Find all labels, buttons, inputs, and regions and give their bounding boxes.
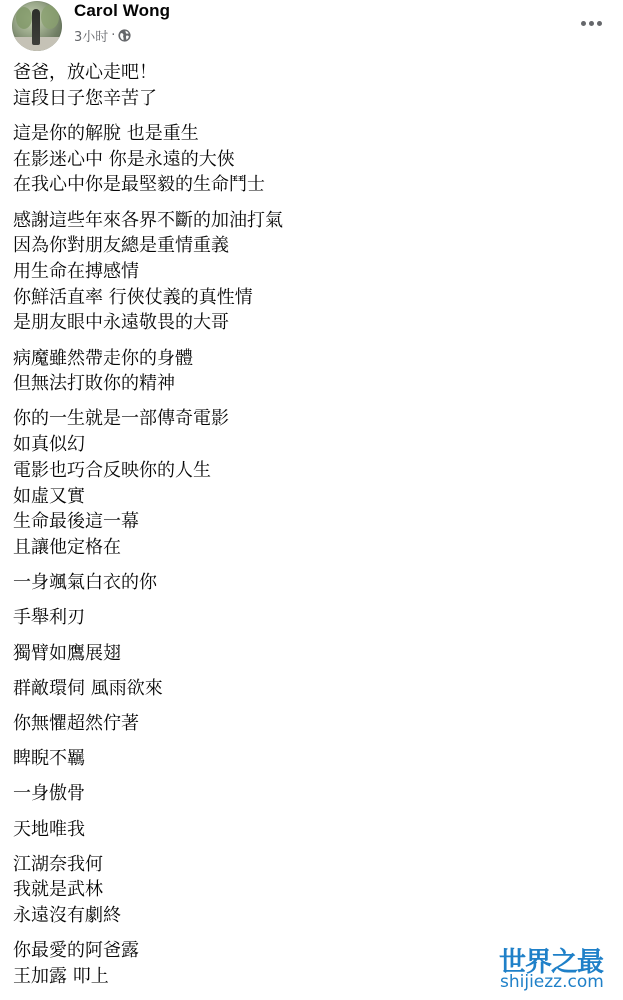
post-paragraph: 一身傲骨 [13, 781, 573, 807]
post-paragraph: 你最愛的阿爸露王加露 叩上 [13, 938, 573, 989]
post-text-line: 你鮮活直率 行俠仗義的真性情 [13, 285, 573, 311]
meta-separator: · [111, 28, 115, 43]
post-text-line: 手舉利刃 [13, 605, 573, 631]
post-text-line: 我就是武林 [13, 877, 573, 903]
post-text-line: 在影迷心中 你是永遠的大俠 [13, 147, 573, 173]
post-paragraph: 爸爸，放心走吧！這段日子您辛苦了 [13, 60, 573, 111]
post-paragraph: 天地唯我 [13, 817, 573, 843]
post-text-line: 一身傲骨 [13, 781, 573, 807]
more-horizontal-icon [597, 21, 602, 26]
post-text-line: 感謝這些年來各界不斷的加油打氣 [13, 208, 573, 234]
post-text-line: 因為你對朋友總是重情重義 [13, 233, 573, 259]
author-avatar[interactable] [12, 1, 62, 51]
post-text-line: 這是你的解脫 也是重生 [13, 121, 573, 147]
post-text-line: 但無法打敗你的精神 [13, 371, 573, 397]
post-text-line: 爸爸，放心走吧！ [13, 60, 573, 86]
post-text-line: 群敵環伺 風雨欲來 [13, 676, 573, 702]
post-text-line: 如真似幻 [13, 432, 573, 458]
post-paragraph: 群敵環伺 風雨欲來 [13, 676, 573, 702]
post-text-line: 永遠沒有劇終 [13, 903, 573, 929]
post-paragraph: 江湖奈我何我就是武林永遠沒有劇終 [13, 852, 573, 929]
post-meta: 3小时 · [74, 26, 131, 45]
watermark: 世界之最 shijiezz.com [493, 938, 621, 996]
post-text: 爸爸，放心走吧！這段日子您辛苦了這是你的解脫 也是重生在影迷心中 你是永遠的大俠… [13, 60, 573, 999]
post-text-line: 你最愛的阿爸露 [13, 938, 573, 964]
post-text-line: 用生命在搏感情 [13, 259, 573, 285]
post-text-line: 如虛又實 [13, 484, 573, 510]
post-paragraph: 感謝這些年來各界不斷的加油打氣因為你對朋友總是重情重義用生命在搏感情你鮮活直率 … [13, 208, 573, 337]
post-text-line: 江湖奈我何 [13, 852, 573, 878]
post-text-line: 電影也巧合反映你的人生 [13, 458, 573, 484]
post-text-line: 天地唯我 [13, 817, 573, 843]
post-paragraph: 你的一生就是一部傳奇電影如真似幻電影也巧合反映你的人生如虛又實生命最後這一幕且讓… [13, 406, 573, 560]
post-text-line: 是朋友眼中永遠敬畏的大哥 [13, 310, 573, 336]
post-paragraph: 這是你的解脫 也是重生在影迷心中 你是永遠的大俠在我心中你是最堅毅的生命鬥士 [13, 121, 573, 198]
post-paragraph: 病魔雖然帶走你的身體但無法打敗你的精神 [13, 346, 573, 397]
post-paragraph: 睥睨不羈 [13, 746, 573, 772]
more-horizontal-icon [581, 21, 586, 26]
post-text-line: 在我心中你是最堅毅的生命鬥士 [13, 172, 573, 198]
avatar-photo-detail [32, 9, 40, 45]
post-text-line: 你無懼超然佇著 [13, 711, 573, 737]
avatar-photo-detail [41, 5, 59, 29]
post-header: Carol Wong 3小时 · [0, 0, 623, 56]
post-paragraph: 手舉利刃 [13, 605, 573, 631]
post-timestamp[interactable]: 3小时 [74, 26, 108, 45]
post-text-line: 獨臂如鷹展翅 [13, 641, 573, 667]
watermark-url: shijiezz.com [500, 972, 604, 992]
post-text-line: 你的一生就是一部傳奇電影 [13, 406, 573, 432]
post-text-line: 睥睨不羈 [13, 746, 573, 772]
post-text-line: 一身颯氣白衣的你 [13, 570, 573, 596]
post-text-line: 且讓他定格在 [13, 535, 573, 561]
post-paragraph: 一身颯氣白衣的你 [13, 570, 573, 596]
post-paragraph: 你無懼超然佇著 [13, 711, 573, 737]
more-horizontal-icon [589, 21, 594, 26]
post-text-line: 生命最後這一幕 [13, 509, 573, 535]
more-options-button[interactable] [573, 8, 609, 38]
post-text-line: 病魔雖然帶走你的身體 [13, 346, 573, 372]
author-name-link[interactable]: Carol Wong [74, 1, 170, 21]
post-paragraph: 獨臂如鷹展翅 [13, 641, 573, 667]
avatar-photo-detail [16, 7, 32, 29]
globe-icon[interactable] [118, 29, 131, 42]
post-text-line: 這段日子您辛苦了 [13, 86, 573, 112]
post-text-line: 王加露 叩上 [13, 964, 573, 990]
